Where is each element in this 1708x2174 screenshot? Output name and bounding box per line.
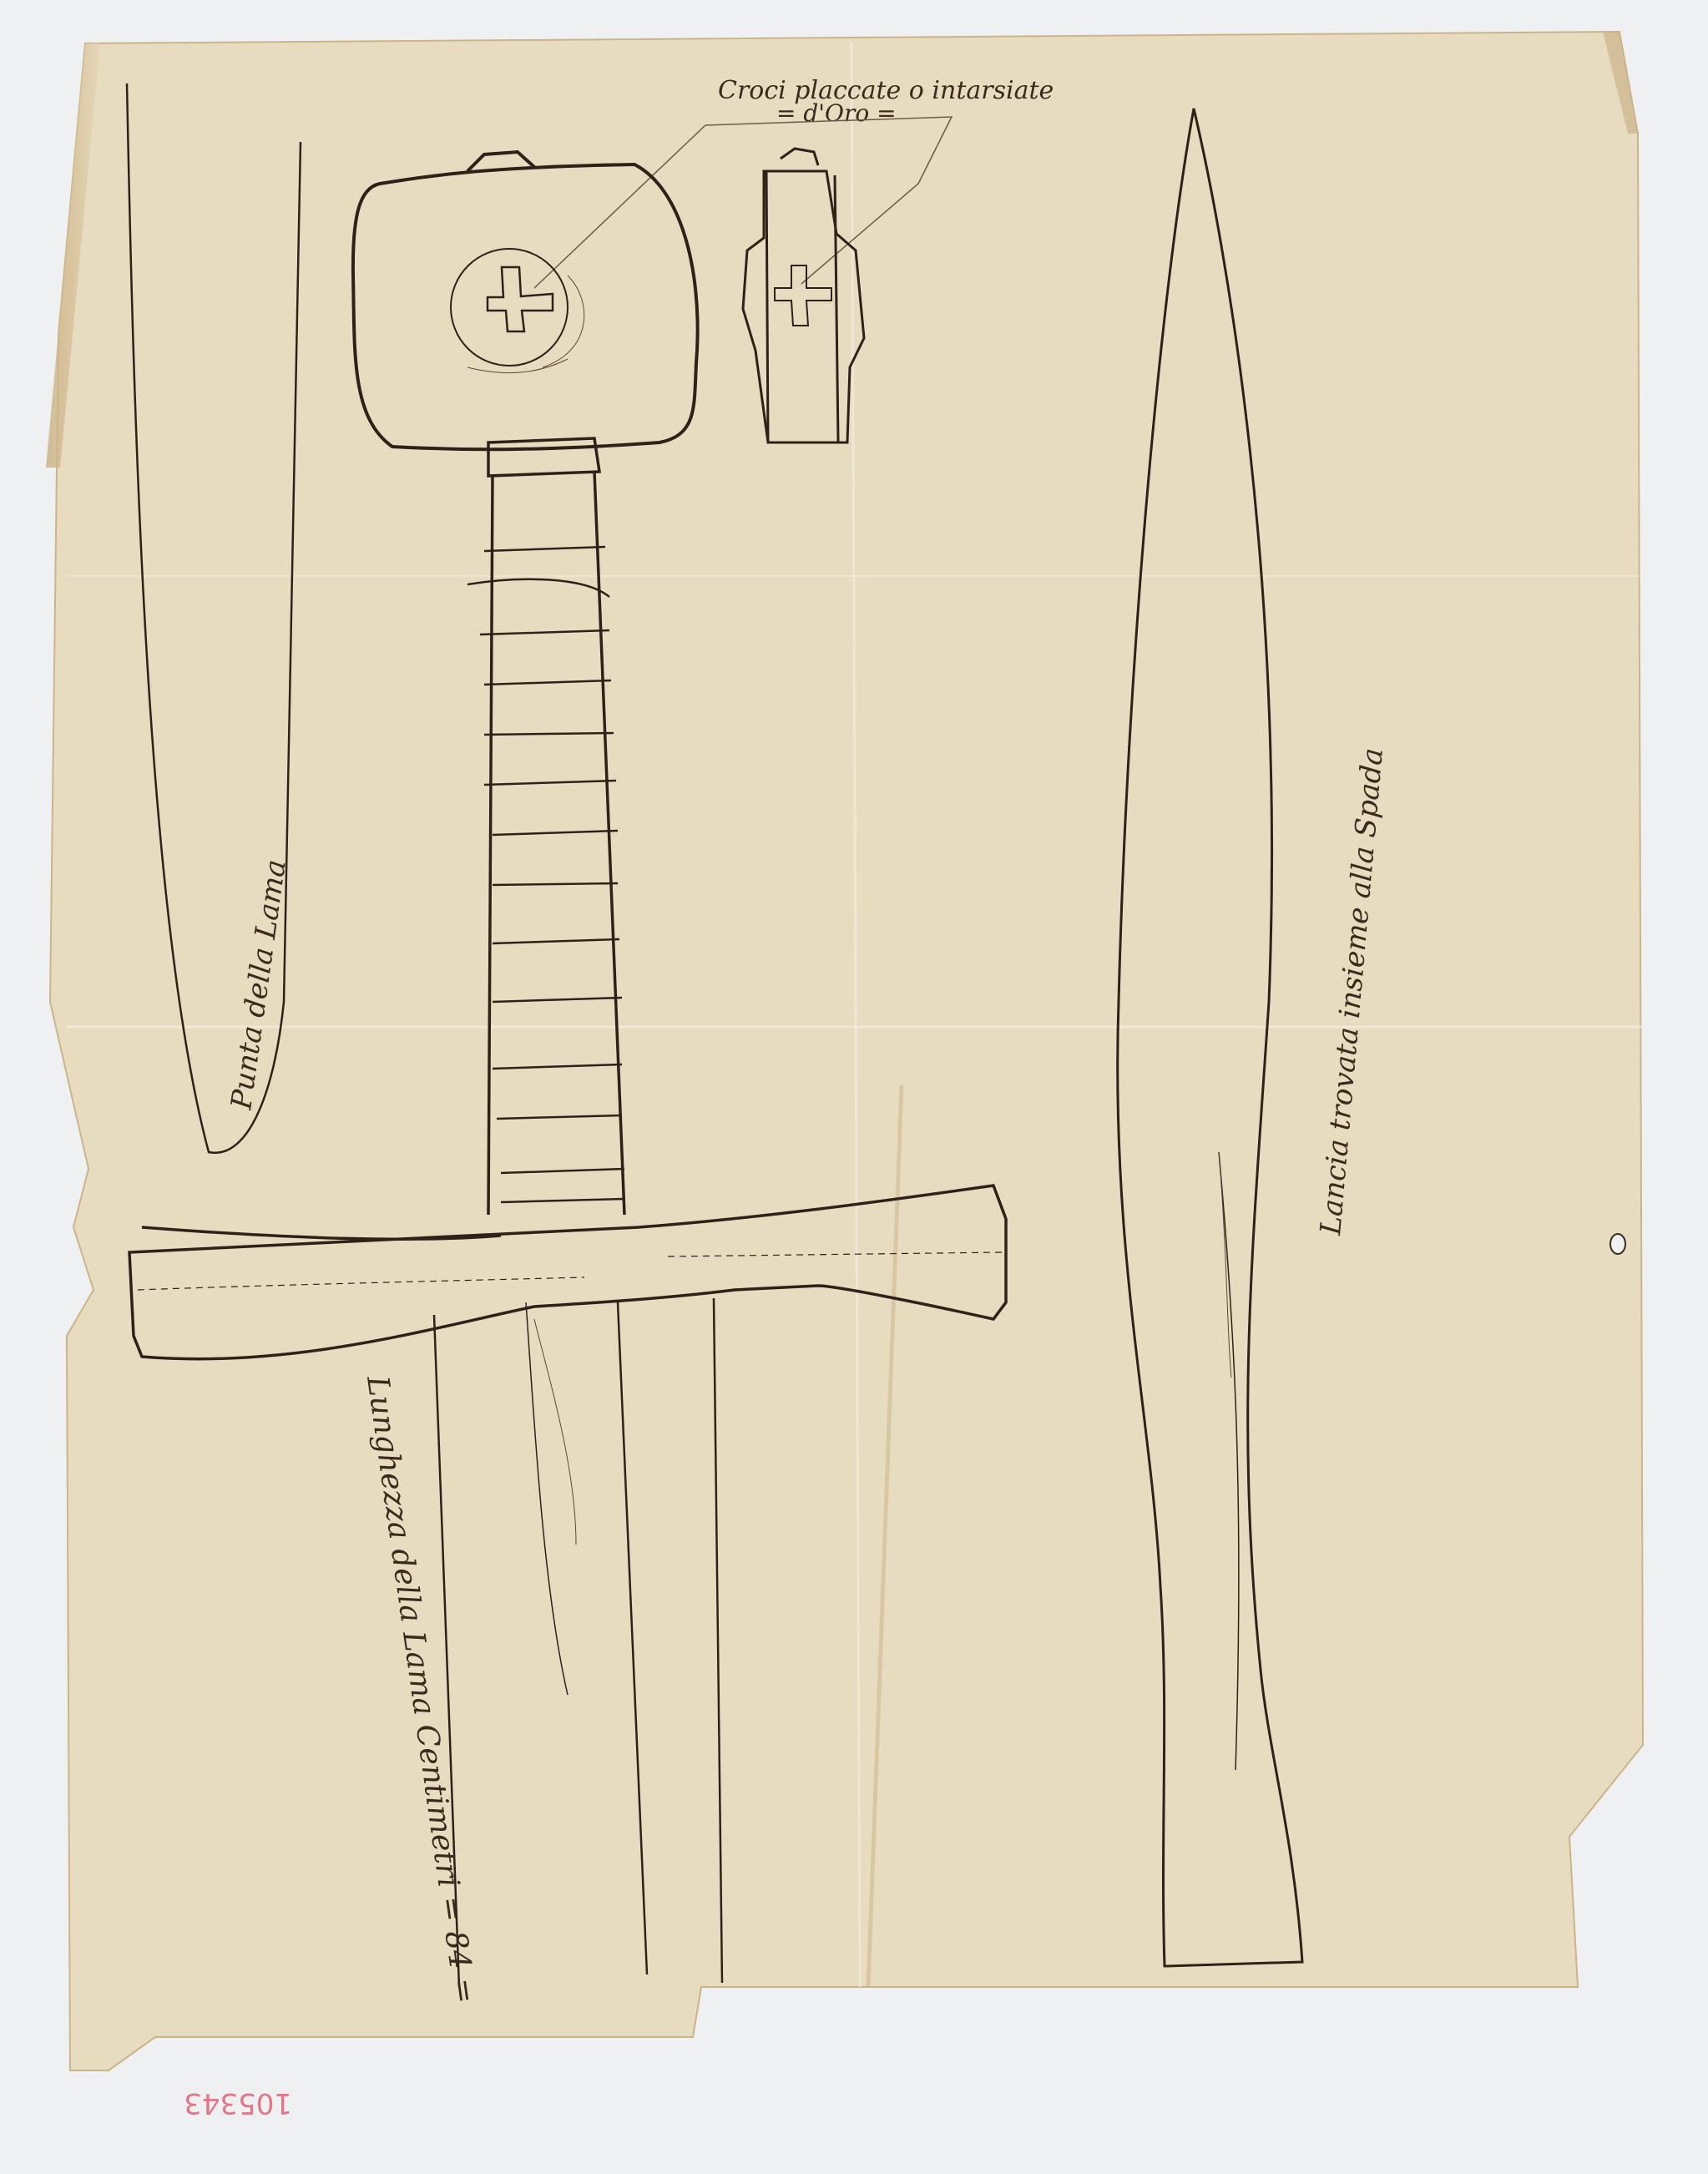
inventory-number: 105343 <box>184 2086 292 2120</box>
paper <box>46 32 1643 2070</box>
inventory-stamp: 105343 <box>184 2086 292 2120</box>
paper-hole <box>1610 1234 1625 1254</box>
drawing-sheet: Punta della Lama Croci placcate o intars… <box>0 0 1708 2174</box>
